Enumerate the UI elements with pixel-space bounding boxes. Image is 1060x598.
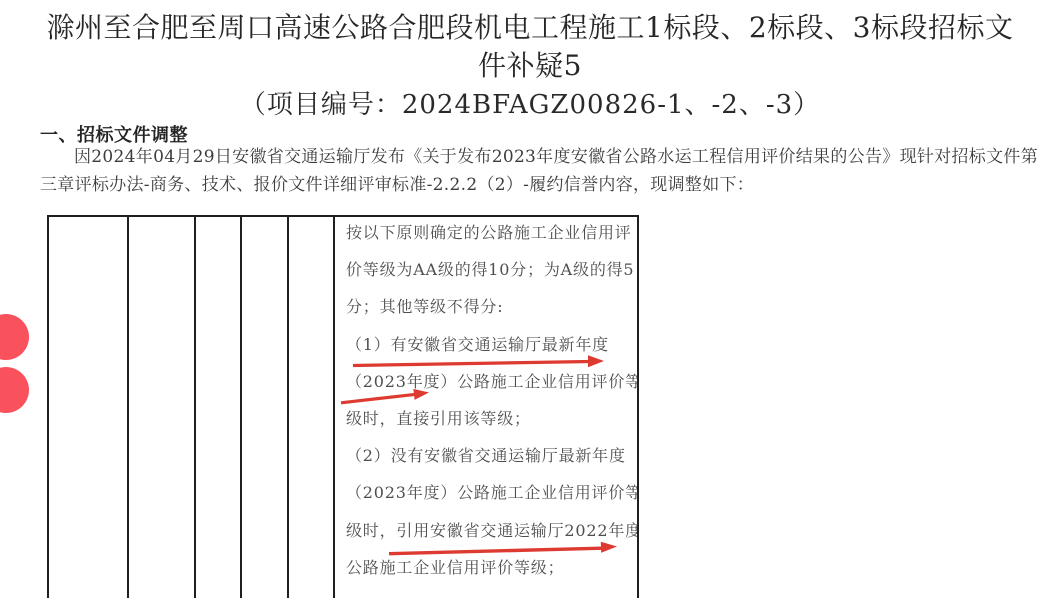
cell-text-line: 公路施工企业信用评价等级； [346,549,631,586]
cell-text-line: 分；其他等级不得分: [346,288,631,325]
red-stamp-dot-icon-1 [0,314,29,360]
cell-text-line: （1）有安徽省交通运输厅最新年度 [346,326,631,363]
cell-text-line: 级时，直接引用该等级； [346,400,631,437]
document-title-line-1: 滁州至合肥至周口高速公路合肥段机电工程施工1标段、2标段、3标段招标文 [0,9,1060,47]
table-empty-cell-1 [49,217,129,598]
cell-text-line: 价等级为AA级的得10分；为A级的得5 [346,251,631,288]
cell-text-line: （2023年度）公路施工企业信用评价等 [346,363,631,400]
table-empty-cell-5 [289,217,335,598]
table-content-cell: 按以下原则确定的公路施工企业信用评 价等级为AA级的得10分；为A级的得5 分；… [335,217,639,598]
document-header: 滁州至合肥至周口高速公路合肥段机电工程施工1标段、2标段、3标段招标文 件补疑5… [0,9,1060,121]
red-stamp-dot-icon-2 [0,367,29,413]
adjustment-table: 按以下原则确定的公路施工企业信用评 价等级为AA级的得10分；为A级的得5 分；… [47,215,639,598]
table-empty-cell-2 [129,217,196,598]
cell-text-line: （2）没有安徽省交通运输厅最新年度 [346,437,631,474]
table-empty-cell-4 [242,217,289,598]
cell-text-line: 级时，引用安徽省交通运输厅2022年度 [346,512,631,549]
cell-text-line: 按以下原则确定的公路施工企业信用评 [346,217,631,251]
document-title: 滁州至合肥至周口高速公路合肥段机电工程施工1标段、2标段、3标段招标文 件补疑5 [0,9,1060,85]
document-title-line-2: 件补疑5 [0,47,1060,85]
project-number: （项目编号：2024BFAGZ00826-1、-2、-3） [0,89,1060,121]
intro-paragraph: 因2024年04月29日安徽省交通运输厅发布《关于发布2023年度安徽省公路水运… [40,144,1038,199]
table-empty-cell-3 [196,217,242,598]
cell-text-line: （2023年度）公路施工企业信用评价等 [346,474,631,511]
document-page: 滁州至合肥至周口高速公路合肥段机电工程施工1标段、2标段、3标段招标文 件补疑5… [0,0,1060,598]
